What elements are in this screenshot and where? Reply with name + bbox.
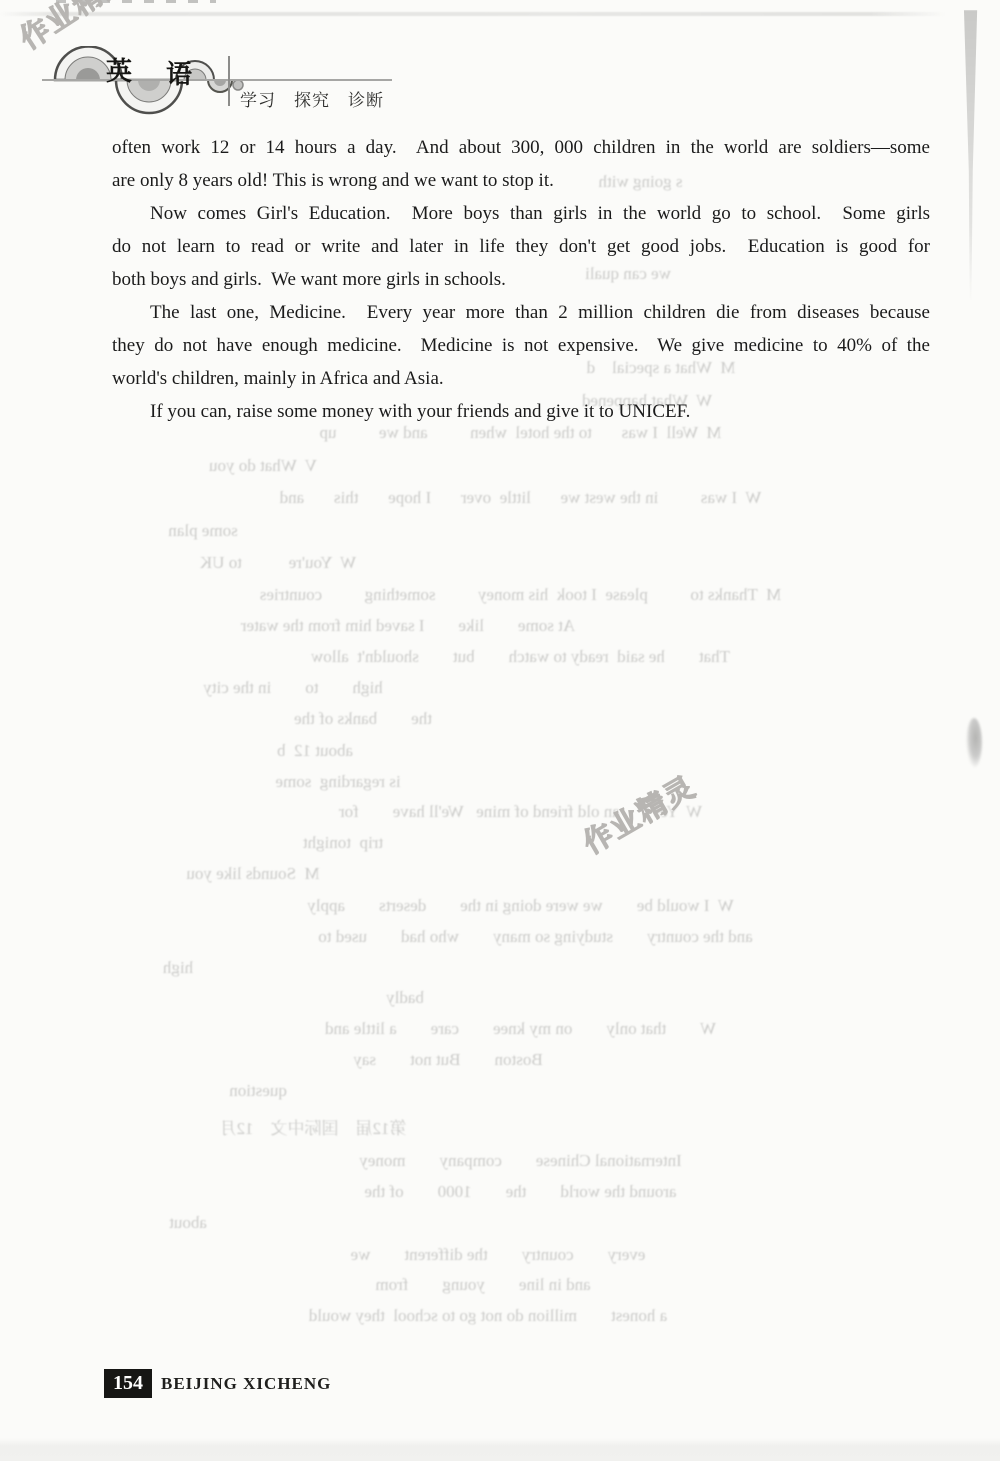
bleedthrough-line: and the country studying so many who had…	[128, 925, 943, 949]
scanned-textbook-page: 作业精灵 作业精灵 英 语 学习 探究 诊断 often work 12 or …	[0, 0, 1000, 1461]
header-subtitle: 学习 探究 诊断	[240, 86, 384, 111]
bleedthrough-line: V What do you	[98, 454, 428, 478]
bleedthrough-line: W Yes an old friend of mine We'll have f…	[98, 800, 943, 824]
bleedthrough-line: trip tonight	[128, 831, 558, 855]
bleedthrough-line: M Sounds like you	[98, 862, 408, 886]
bleedthrough-line: badly	[320, 986, 490, 1010]
brand-logo-icon	[50, 46, 250, 118]
bleedthrough-line: That he said ready to watch but shouldn'…	[98, 645, 943, 669]
bleedthrough-line: 第12届 国际中文 12月	[98, 1117, 528, 1141]
bleedthrough-line: around the world the 1000 of the	[98, 1180, 943, 1204]
bleedthrough-line: high	[128, 956, 228, 980]
bleedthrough-line: some plan	[128, 519, 278, 543]
page-header: 英 语 学习 探究 诊断	[0, 0, 1000, 120]
bleedthrough-line: M Thanks to please I took his money some…	[98, 583, 943, 607]
bleedthrough-line: International Chinese company money	[98, 1149, 943, 1173]
bleedthrough-line: about 12 b	[150, 739, 480, 763]
passage-line: The last one, Medicine. Every year more …	[112, 296, 930, 329]
passage-line: If you can, raise some money with your f…	[112, 395, 930, 428]
bleedthrough-line: and in line young from	[98, 1273, 868, 1297]
bleedthrough-line: W You're to UK	[98, 551, 458, 575]
bleedthrough-line: W I would be we were doing in the desert…	[98, 894, 943, 918]
bleedthrough-line: is regarding some	[128, 770, 548, 794]
passage-line: both boys and girls. We want more girls …	[112, 263, 930, 296]
page-footer: 154 BEIJING XICHENG	[104, 1369, 331, 1398]
header-divider	[228, 56, 230, 106]
passage-line: often work 12 or 14 hours a day. And abo…	[112, 131, 930, 164]
bleedthrough-line: the banks of the	[128, 707, 598, 731]
logo-title-char-right: 语	[166, 54, 192, 91]
bleedthrough-line: W I was in the west we little over I hop…	[98, 486, 943, 510]
bleedthrough-line: W that only on my knee care a little and	[98, 1017, 943, 1041]
bleedthrough-line: every country the different we	[98, 1243, 898, 1267]
passage-line: they do not have enough medicine. Medici…	[112, 329, 930, 362]
passage-line: world's children, mainly in Africa and A…	[112, 362, 930, 395]
bleedthrough-line: Boston But not say	[98, 1048, 798, 1072]
passage-line: Now comes Girl's Education. More boys th…	[112, 197, 930, 230]
bleedthrough-line: a honest million do not go to school the…	[98, 1304, 878, 1328]
logo-title-char-left: 英	[106, 51, 132, 88]
page-number-badge: 154	[104, 1369, 152, 1398]
bleedthrough-line: about	[128, 1211, 248, 1235]
bleedthrough-line: high to in the city	[128, 676, 458, 700]
publisher-name: BEIJING XICHENG	[161, 1374, 331, 1394]
passage-line: do not learn to read or write and later …	[112, 230, 930, 263]
bleedthrough-line: At some like I saved him from the water	[128, 614, 688, 638]
passage: often work 12 or 14 hours a day. And abo…	[112, 131, 930, 428]
header-rule	[42, 79, 392, 81]
bleedthrough-line: question	[128, 1079, 388, 1103]
passage-line: are only 8 years old! This is wrong and …	[112, 164, 930, 197]
